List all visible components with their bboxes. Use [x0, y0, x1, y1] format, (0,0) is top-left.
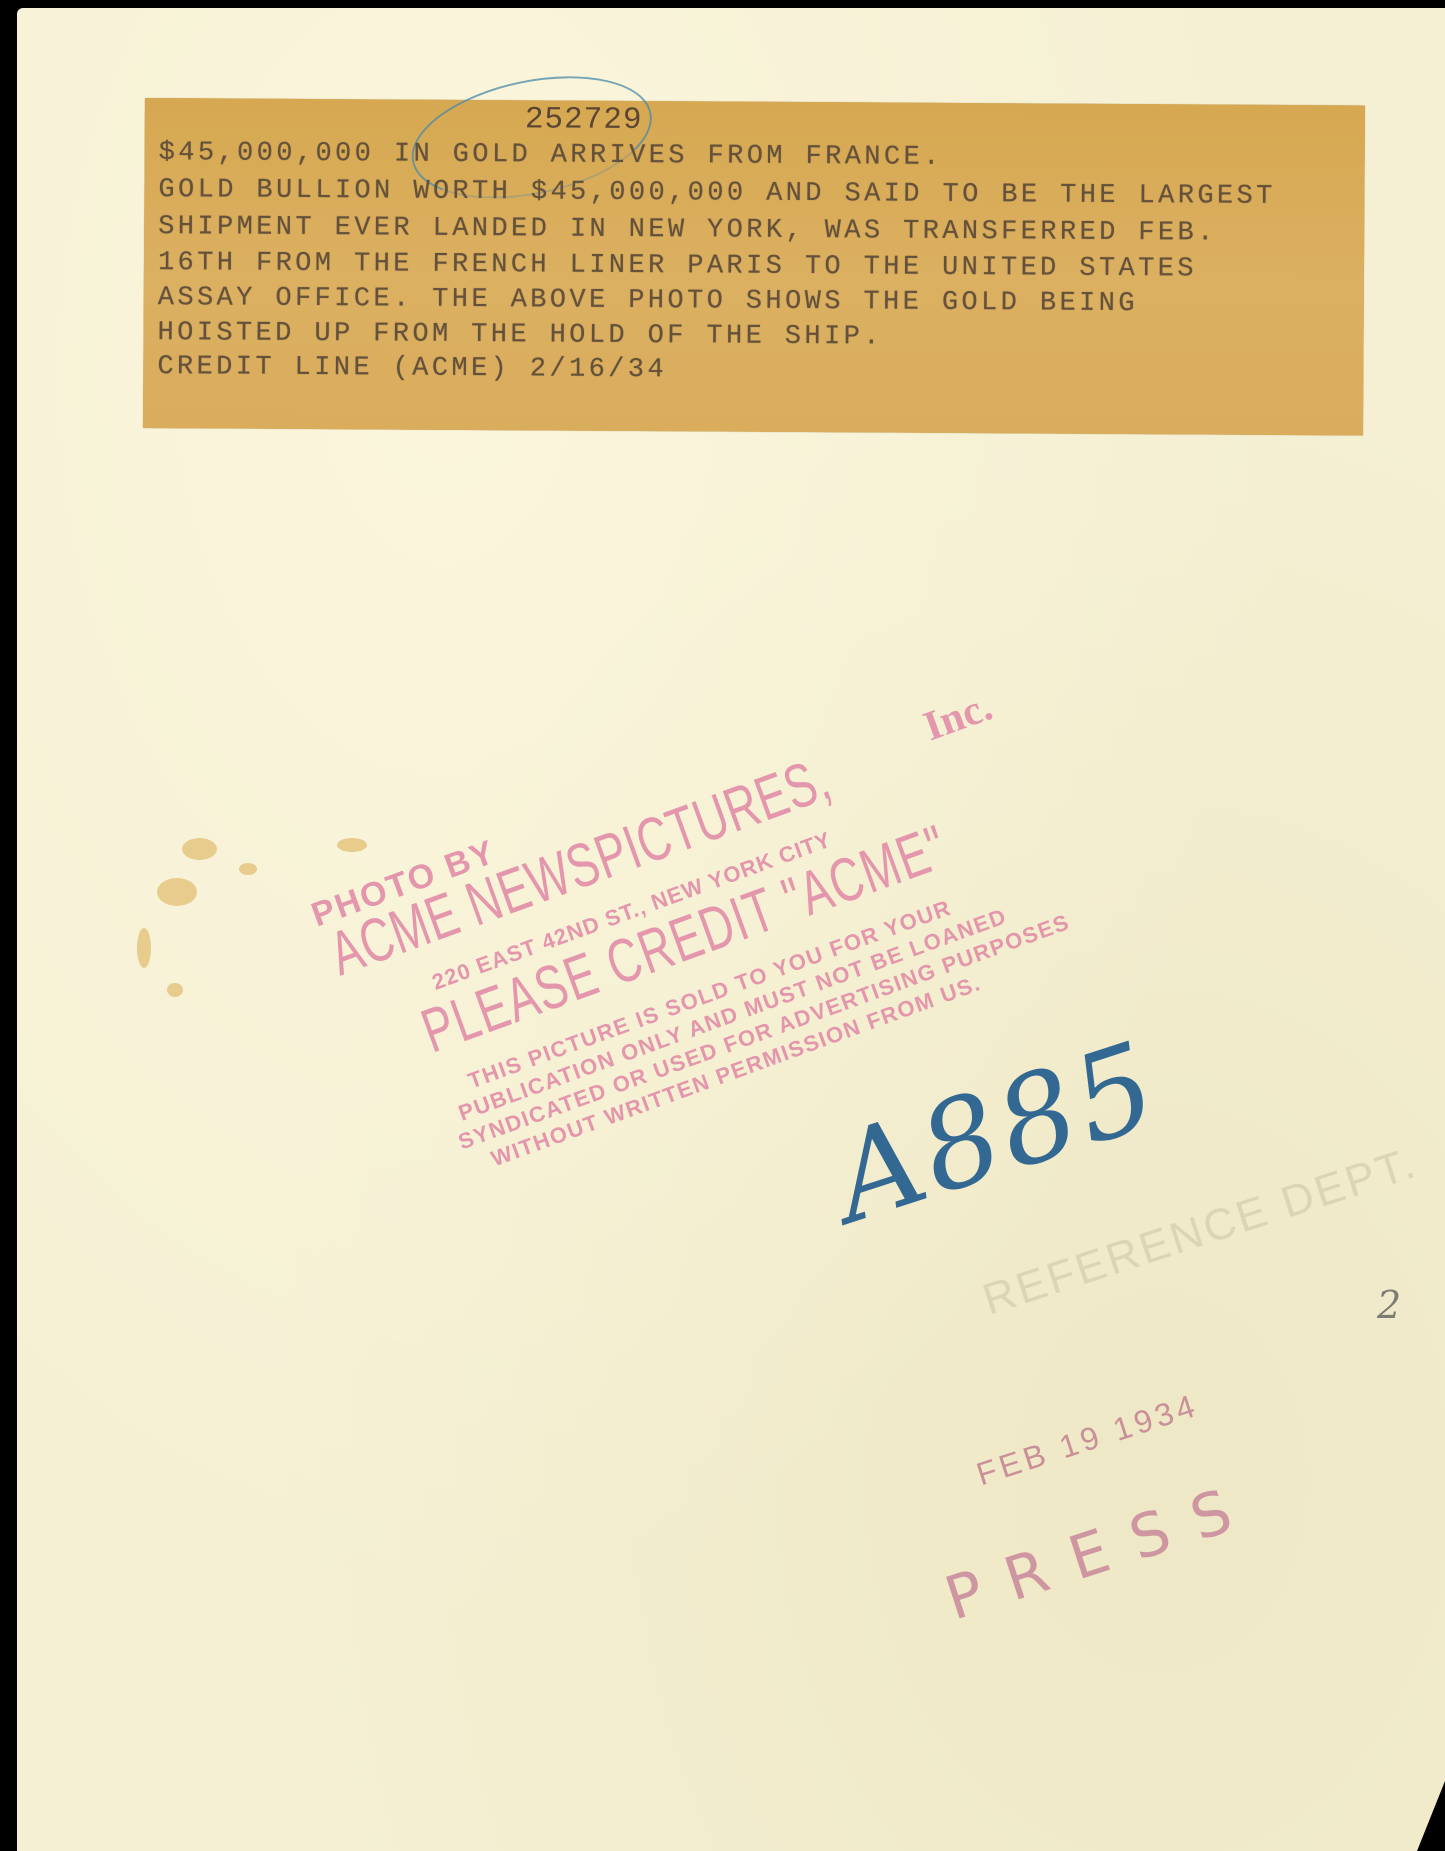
- torn-corner: [1417, 1781, 1445, 1851]
- handwritten-archive-number: A885: [817, 1015, 1175, 1250]
- pencil-mark: 2: [1377, 1283, 1401, 1327]
- caption-line: ASSAY OFFICE. THE ABOVE PHOTO SHOWS THE …: [158, 283, 1138, 319]
- caption-line: HOISTED UP FROM THE HOLD OF THE SHIP.: [157, 318, 882, 352]
- stamp-inc: Inc.: [917, 683, 998, 752]
- stain: [167, 983, 183, 997]
- serial-number: 252729: [525, 102, 643, 138]
- received-date-stamp: FEB 19 1934: [972, 1387, 1203, 1494]
- stain: [137, 928, 151, 968]
- press-stamp: PRESS: [937, 1469, 1265, 1635]
- caption-credit-line: CREDIT LINE (ACME) 2/16/34: [157, 352, 667, 385]
- stain: [157, 878, 197, 906]
- caption-line: GOLD BULLION WORTH $45,000,000 AND SAID …: [158, 175, 1276, 212]
- photo-reverse-paper: 252729 $45,000,000 IN GOLD ARRIVES FROM …: [17, 8, 1445, 1851]
- caption-slip: 252729 $45,000,000 IN GOLD ARRIVES FROM …: [143, 98, 1365, 435]
- stain: [239, 863, 257, 875]
- stain: [182, 838, 217, 860]
- caption-line: 16TH FROM THE FRENCH LINER PARIS TO THE …: [158, 248, 1197, 284]
- caption-line: SHIPMENT EVER LANDED IN NEW YORK, WAS TR…: [158, 212, 1217, 248]
- caption-headline: $45,000,000 IN GOLD ARRIVES FROM FRANCE.: [159, 138, 943, 173]
